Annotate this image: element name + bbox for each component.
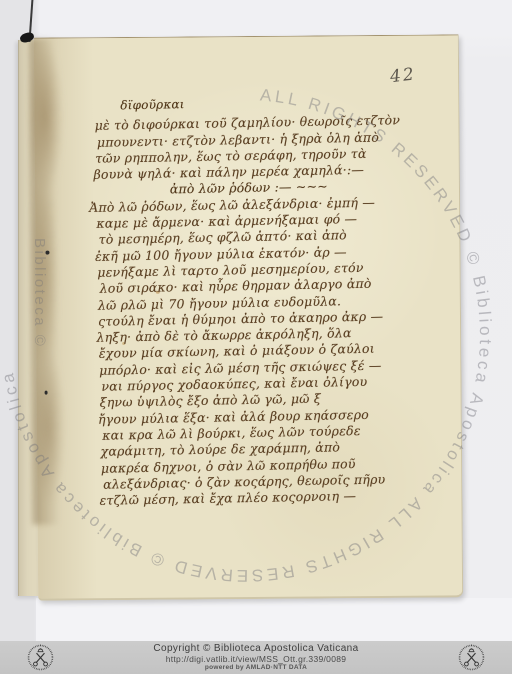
manuscript-line: δϊφοῦρκαι [120, 92, 398, 113]
backdrop-lower [36, 598, 512, 642]
manuscript-page: 42 δϊφοῦρκαιμὲ τὸ διφούρκαι τοῦ ζαμηλίου… [34, 34, 463, 600]
watermark-side-text: Biblioteca © [31, 238, 48, 348]
manuscript-text-block: δϊφοῦρκαιμὲ τὸ διφούρκαι τοῦ ζαμηλίου· θ… [94, 92, 405, 509]
manuscript-viewer-page: 42 δϊφοῦρκαιμὲ τὸ διφούρκαι τοῦ ζαμηλίου… [0, 0, 512, 674]
footer-url: http://digi.vatlib.it/view/MSS_Ott.gr.33… [166, 654, 347, 664]
footer-powered-by: powered by AMLAD·NTT DATA [205, 664, 307, 672]
vatican-library-seal-icon [26, 643, 55, 672]
vatican-library-seal-icon [457, 643, 486, 672]
folio-number: 42 [389, 64, 417, 87]
footer-copyright: Copyright © Biblioteca Apostolica Vatica… [153, 643, 358, 654]
spine-speck [45, 391, 48, 395]
footer-bar: Copyright © Biblioteca Apostolica Vatica… [0, 641, 512, 674]
